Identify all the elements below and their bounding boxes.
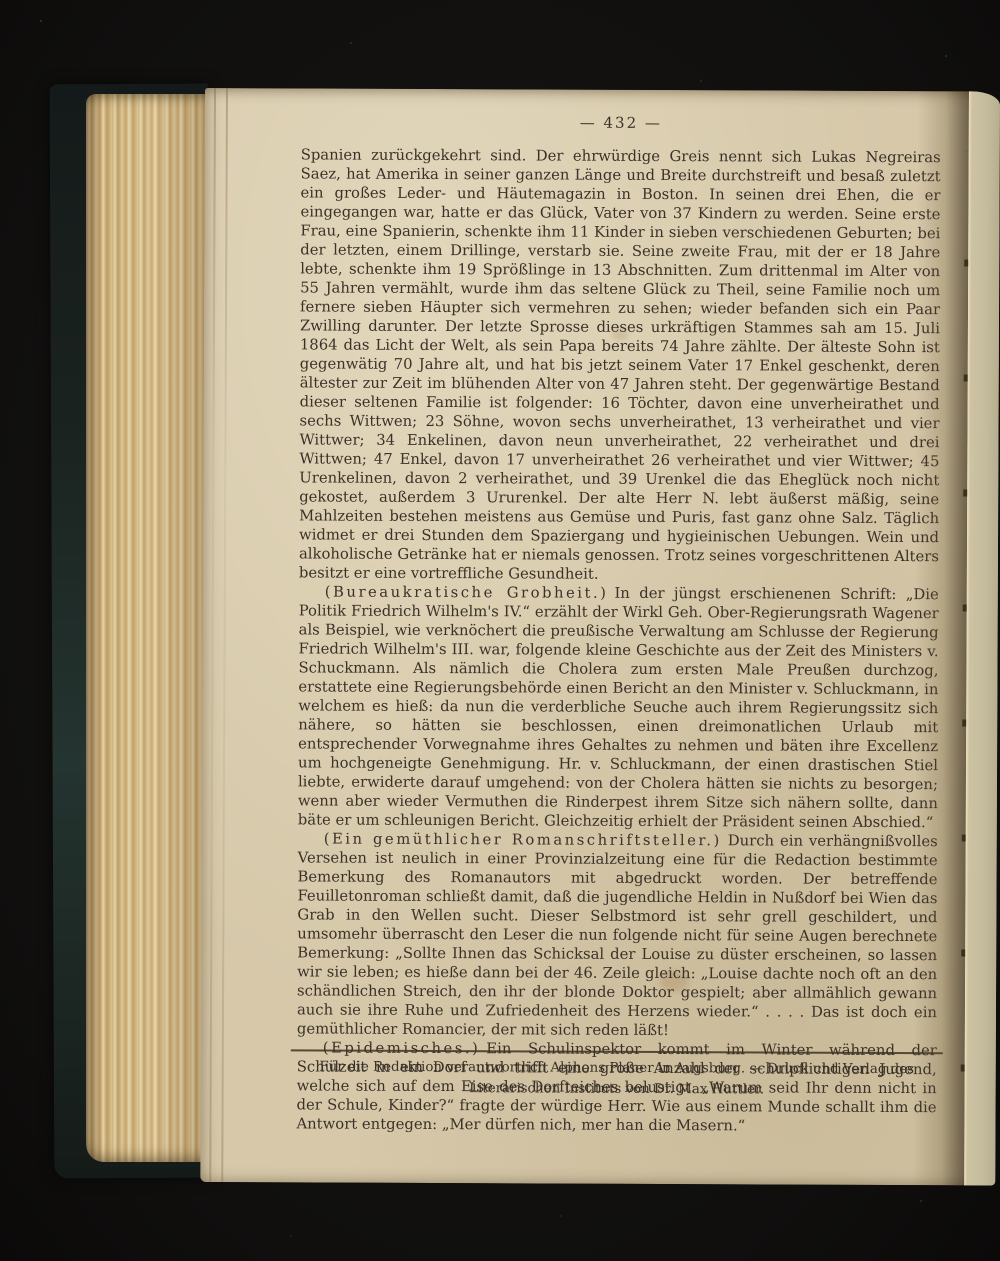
book-page: — 432 — Spanien zurückgekehrt sind. Der … (200, 88, 1000, 1185)
imprint-line-1: Für die Redaktion verantwortlich Alphons… (291, 1056, 943, 1080)
dust-specks (40, 20, 42, 22)
paragraph: (Ein gemüthlicher Romanschriftsteller.)D… (297, 829, 938, 1041)
imprint-line-2: Literarischen Instituts von Dr. Max Hutt… (291, 1077, 943, 1101)
page-step-edge (209, 88, 215, 1182)
paragraph: (Bureaukratische Grobheit.)In der jüngst… (298, 582, 939, 832)
paragraph-heading: (Ein gemüthlicher Romanschriftsteller.) (324, 831, 722, 850)
text-block: — 432 — Spanien zurückgekehrt sind. Der … (296, 112, 940, 1136)
paragraph-text: Spanien zurückgekehrt sind. Der ehrwürdi… (299, 146, 941, 582)
facing-page-edge (964, 91, 1000, 1185)
imprint-footer: Für die Redaktion verantwortlich Alphons… (291, 1049, 943, 1101)
page-step-edge (221, 88, 227, 1182)
page-fore-edge-stack (86, 94, 210, 1162)
page-number: — 432 — (301, 112, 941, 133)
paragraph-text: Durch ein verhängnißvolles Versehen ist … (297, 832, 938, 1039)
body-copy: Spanien zurückgekehrt sind. Der ehrwürdi… (296, 145, 940, 1136)
paragraph: Spanien zurückgekehrt sind. Der ehrwürdi… (299, 145, 941, 585)
paragraph-text: In der jüngst erschienenen Schrift: „Die… (298, 585, 939, 831)
paragraph-heading: (Bureaukratische Grobheit.) (325, 584, 609, 602)
book-photo: — 432 — Spanien zurückgekehrt sind. Der … (0, 0, 1000, 1261)
